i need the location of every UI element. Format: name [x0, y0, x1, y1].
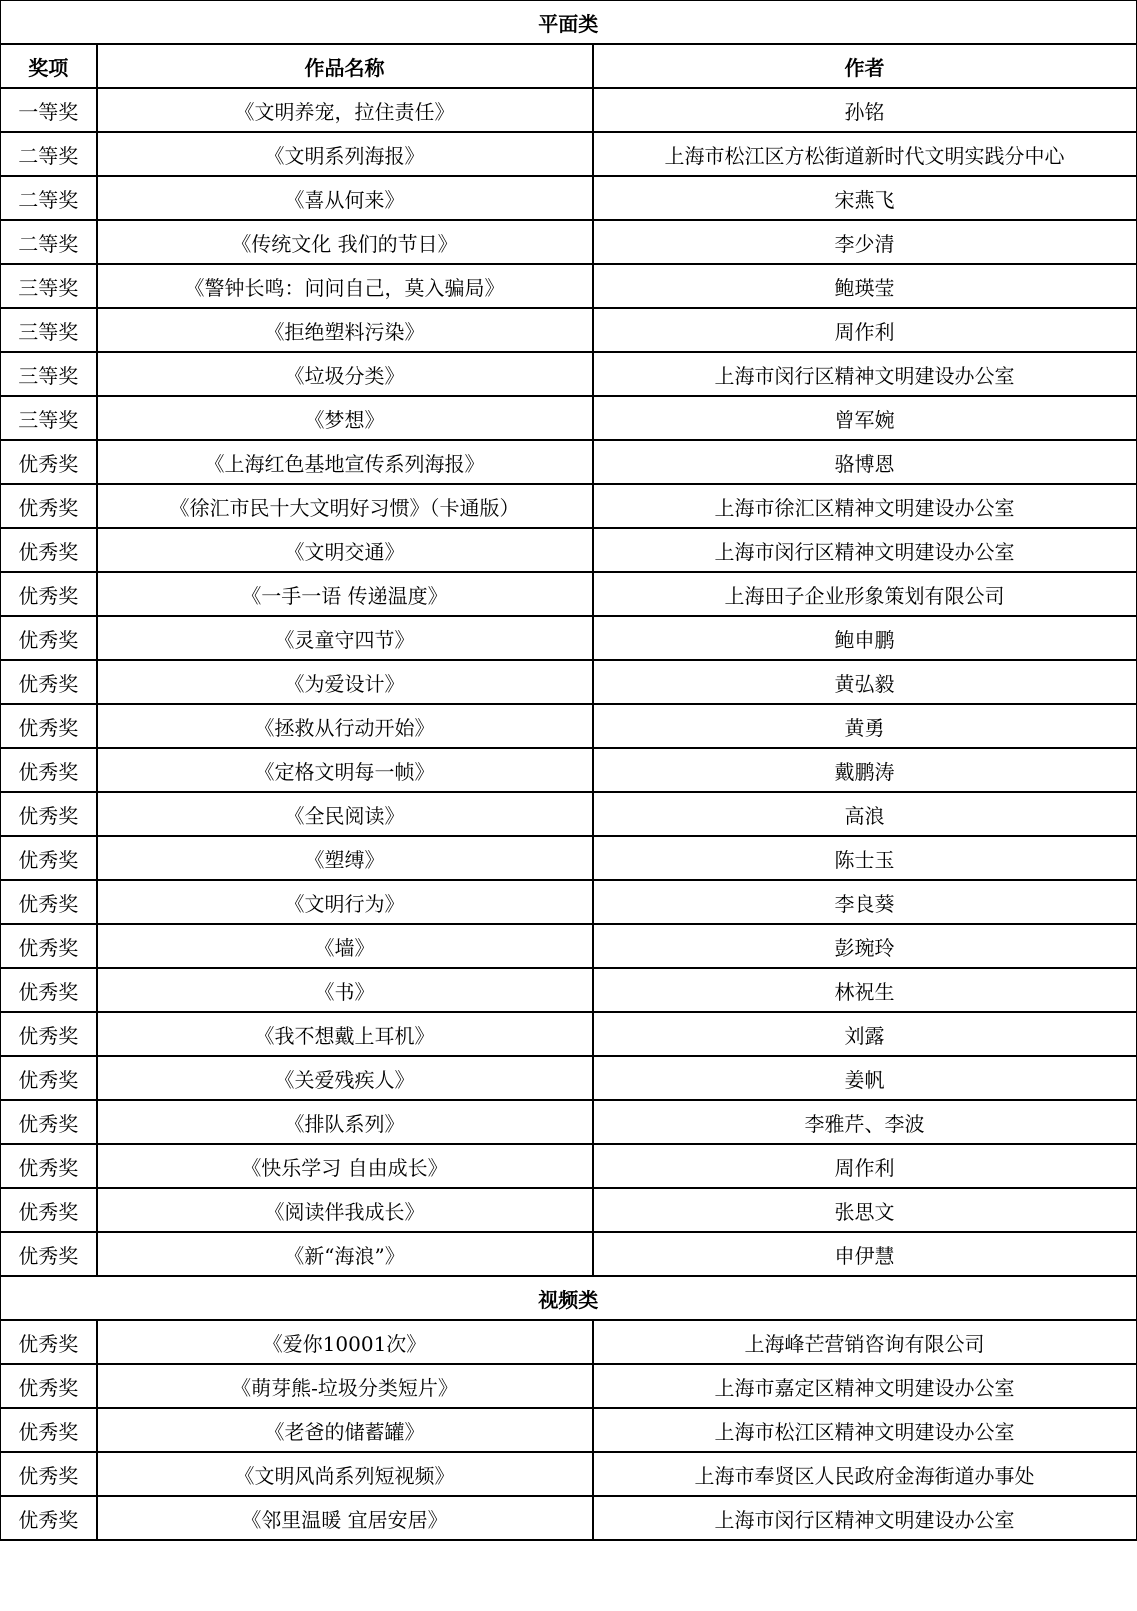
cell-title: 《我不想戴上耳机》	[97, 1012, 593, 1056]
table-row: 优秀奖《拯救从行动开始》黄勇	[1, 704, 1137, 748]
cell-author: 李良葵	[593, 880, 1137, 924]
cell-title: 《新“海浪”》	[97, 1232, 593, 1276]
cell-title: 《拒绝塑料污染》	[97, 308, 593, 352]
table-row: 三等奖《垃圾分类》上海市闵行区精神文明建设办公室	[1, 352, 1137, 396]
cell-author: 李少清	[593, 220, 1137, 264]
cell-title: 《上海红色基地宣传系列海报》	[97, 440, 593, 484]
table-row: 优秀奖《书》林祝生	[1, 968, 1137, 1012]
table-row: 二等奖《文明系列海报》上海市松江区方松街道新时代文明实践分中心	[1, 132, 1137, 176]
cell-title: 《排队系列》	[97, 1100, 593, 1144]
cell-author: 陈士玉	[593, 836, 1137, 880]
table-row: 优秀奖《萌芽熊-垃圾分类短片》上海市嘉定区精神文明建设办公室	[1, 1364, 1137, 1408]
table-row: 优秀奖《快乐学习 自由成长》周作利	[1, 1144, 1137, 1188]
cell-author: 周作利	[593, 308, 1137, 352]
cell-award: 三等奖	[1, 264, 97, 308]
section-title: 视频类	[1, 1276, 1137, 1320]
cell-author: 申伊慧	[593, 1232, 1137, 1276]
table-row: 优秀奖《爱你10001次》上海峰芒营销咨询有限公司	[1, 1320, 1137, 1364]
table-row: 优秀奖《上海红色基地宣传系列海报》骆博恩	[1, 440, 1137, 484]
cell-author: 宋燕飞	[593, 176, 1137, 220]
cell-title: 《邻里温暖 宜居安居》	[97, 1496, 593, 1540]
cell-award: 优秀奖	[1, 660, 97, 704]
cell-author: 孙铭	[593, 88, 1137, 132]
cell-title: 《梦想》	[97, 396, 593, 440]
table-row: 二等奖《喜从何来》宋燕飞	[1, 176, 1137, 220]
cell-award: 优秀奖	[1, 880, 97, 924]
table-row: 优秀奖《文明交通》上海市闵行区精神文明建设办公室	[1, 528, 1137, 572]
table-row: 优秀奖《墙》彭琬玲	[1, 924, 1137, 968]
table-row: 优秀奖《邻里温暖 宜居安居》上海市闵行区精神文明建设办公室	[1, 1496, 1137, 1540]
table-row: 优秀奖《文明行为》李良葵	[1, 880, 1137, 924]
cell-author: 彭琬玲	[593, 924, 1137, 968]
table-row: 优秀奖《老爸的储蓄罐》上海市松江区精神文明建设办公室	[1, 1408, 1137, 1452]
table-row: 三等奖《拒绝塑料污染》周作利	[1, 308, 1137, 352]
cell-title: 《文明行为》	[97, 880, 593, 924]
column-header-author: 作者	[593, 44, 1137, 88]
cell-author: 上海市闵行区精神文明建设办公室	[593, 1496, 1137, 1540]
cell-author: 戴鹏涛	[593, 748, 1137, 792]
cell-title: 《灵童守四节》	[97, 616, 593, 660]
cell-author: 上海峰芒营销咨询有限公司	[593, 1320, 1137, 1364]
cell-author: 上海市奉贤区人民政府金海街道办事处	[593, 1452, 1137, 1496]
cell-title: 《定格文明每一帧》	[97, 748, 593, 792]
cell-title: 《阅读伴我成长》	[97, 1188, 593, 1232]
cell-award: 二等奖	[1, 220, 97, 264]
column-header-award: 奖项	[1, 44, 97, 88]
section-title: 平面类	[1, 1, 1137, 45]
table-row: 优秀奖《关爱残疾人》姜帆	[1, 1056, 1137, 1100]
cell-title: 《为爱设计》	[97, 660, 593, 704]
table-row: 优秀奖《阅读伴我成长》张思文	[1, 1188, 1137, 1232]
cell-title: 《徐汇市民十大文明好习惯》（卡通版）	[97, 484, 593, 528]
cell-title: 《拯救从行动开始》	[97, 704, 593, 748]
cell-award: 优秀奖	[1, 968, 97, 1012]
cell-title: 《萌芽熊-垃圾分类短片》	[97, 1364, 593, 1408]
cell-award: 二等奖	[1, 132, 97, 176]
cell-author: 鲍申鹏	[593, 616, 1137, 660]
cell-award: 优秀奖	[1, 528, 97, 572]
cell-author: 上海市松江区精神文明建设办公室	[593, 1408, 1137, 1452]
cell-title: 《文明养宠，拉住责任》	[97, 88, 593, 132]
cell-author: 鲍瑛莹	[593, 264, 1137, 308]
cell-author: 上海市闵行区精神文明建设办公室	[593, 528, 1137, 572]
cell-author: 高浪	[593, 792, 1137, 836]
cell-title: 《喜从何来》	[97, 176, 593, 220]
table-row: 优秀奖《灵童守四节》鲍申鹏	[1, 616, 1137, 660]
cell-award: 三等奖	[1, 396, 97, 440]
table-row: 优秀奖《我不想戴上耳机》刘露	[1, 1012, 1137, 1056]
cell-title: 《塑缚》	[97, 836, 593, 880]
column-header-row: 奖项作品名称作者	[1, 44, 1137, 88]
cell-author: 上海市徐汇区精神文明建设办公室	[593, 484, 1137, 528]
cell-award: 三等奖	[1, 308, 97, 352]
section-title-row: 视频类	[1, 1276, 1137, 1320]
cell-award: 一等奖	[1, 88, 97, 132]
cell-author: 姜帆	[593, 1056, 1137, 1100]
cell-author: 刘露	[593, 1012, 1137, 1056]
table-row: 优秀奖《一手一语 传递温度》上海田子企业形象策划有限公司	[1, 572, 1137, 616]
cell-award: 优秀奖	[1, 924, 97, 968]
cell-award: 优秀奖	[1, 1408, 97, 1452]
cell-title: 《关爱残疾人》	[97, 1056, 593, 1100]
cell-award: 优秀奖	[1, 440, 97, 484]
cell-author: 黄勇	[593, 704, 1137, 748]
cell-award: 优秀奖	[1, 1100, 97, 1144]
cell-award: 优秀奖	[1, 1320, 97, 1364]
table-row: 二等奖《传统文化 我们的节日》李少清	[1, 220, 1137, 264]
cell-author: 骆博恩	[593, 440, 1137, 484]
cell-title: 《全民阅读》	[97, 792, 593, 836]
table-row: 优秀奖《徐汇市民十大文明好习惯》（卡通版）上海市徐汇区精神文明建设办公室	[1, 484, 1137, 528]
awards-table-body: 平面类奖项作品名称作者一等奖《文明养宠，拉住责任》孙铭二等奖《文明系列海报》上海…	[1, 1, 1137, 1541]
table-row: 优秀奖《为爱设计》黄弘毅	[1, 660, 1137, 704]
table-row: 优秀奖《新“海浪”》申伊慧	[1, 1232, 1137, 1276]
cell-title: 《文明系列海报》	[97, 132, 593, 176]
section-title-row: 平面类	[1, 1, 1137, 45]
cell-award: 优秀奖	[1, 1364, 97, 1408]
cell-title: 《垃圾分类》	[97, 352, 593, 396]
table-row: 一等奖《文明养宠，拉住责任》孙铭	[1, 88, 1137, 132]
table-row: 三等奖《梦想》曾军婉	[1, 396, 1137, 440]
cell-award: 优秀奖	[1, 484, 97, 528]
cell-author: 张思文	[593, 1188, 1137, 1232]
cell-author: 上海市闵行区精神文明建设办公室	[593, 352, 1137, 396]
table-row: 优秀奖《文明风尚系列短视频》上海市奉贤区人民政府金海街道办事处	[1, 1452, 1137, 1496]
cell-award: 优秀奖	[1, 1188, 97, 1232]
cell-author: 曾军婉	[593, 396, 1137, 440]
column-header-title: 作品名称	[97, 44, 593, 88]
cell-title: 《文明风尚系列短视频》	[97, 1452, 593, 1496]
cell-title: 《墙》	[97, 924, 593, 968]
cell-author: 林祝生	[593, 968, 1137, 1012]
cell-award: 优秀奖	[1, 836, 97, 880]
cell-title: 《传统文化 我们的节日》	[97, 220, 593, 264]
cell-title: 《老爸的储蓄罐》	[97, 1408, 593, 1452]
cell-award: 优秀奖	[1, 1144, 97, 1188]
cell-title: 《警钟长鸣：问问自己，莫入骗局》	[97, 264, 593, 308]
cell-award: 优秀奖	[1, 1012, 97, 1056]
cell-award: 优秀奖	[1, 1496, 97, 1540]
cell-author: 上海市嘉定区精神文明建设办公室	[593, 1364, 1137, 1408]
cell-award: 优秀奖	[1, 792, 97, 836]
cell-title: 《爱你10001次》	[97, 1320, 593, 1364]
cell-award: 优秀奖	[1, 616, 97, 660]
table-row: 优秀奖《全民阅读》高浪	[1, 792, 1137, 836]
cell-award: 优秀奖	[1, 572, 97, 616]
cell-title: 《快乐学习 自由成长》	[97, 1144, 593, 1188]
cell-title: 《一手一语 传递温度》	[97, 572, 593, 616]
table-row: 优秀奖《塑缚》陈士玉	[1, 836, 1137, 880]
cell-author: 周作利	[593, 1144, 1137, 1188]
cell-author: 李雅芹、李波	[593, 1100, 1137, 1144]
cell-award: 三等奖	[1, 352, 97, 396]
table-row: 优秀奖《排队系列》李雅芹、李波	[1, 1100, 1137, 1144]
table-row: 优秀奖《定格文明每一帧》戴鹏涛	[1, 748, 1137, 792]
cell-award: 优秀奖	[1, 1232, 97, 1276]
awards-table: 平面类奖项作品名称作者一等奖《文明养宠，拉住责任》孙铭二等奖《文明系列海报》上海…	[0, 0, 1137, 1541]
cell-award: 二等奖	[1, 176, 97, 220]
cell-author: 上海田子企业形象策划有限公司	[593, 572, 1137, 616]
table-row: 三等奖《警钟长鸣：问问自己，莫入骗局》鲍瑛莹	[1, 264, 1137, 308]
cell-title: 《书》	[97, 968, 593, 1012]
cell-award: 优秀奖	[1, 1452, 97, 1496]
cell-author: 黄弘毅	[593, 660, 1137, 704]
cell-title: 《文明交通》	[97, 528, 593, 572]
cell-award: 优秀奖	[1, 1056, 97, 1100]
cell-award: 优秀奖	[1, 748, 97, 792]
cell-award: 优秀奖	[1, 704, 97, 748]
cell-author: 上海市松江区方松街道新时代文明实践分中心	[593, 132, 1137, 176]
